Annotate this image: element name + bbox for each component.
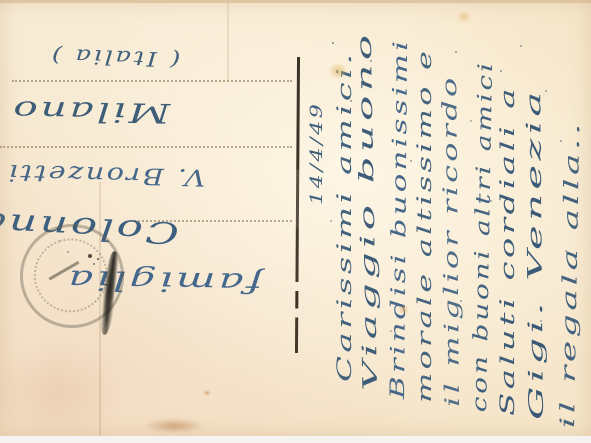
message-line: con buoni altri amici	[468, 60, 496, 412]
message-line: Brindisi buonissimi	[386, 38, 411, 399]
message-line: il miglior ricordo	[438, 75, 463, 407]
message-date: 14/4/49	[306, 102, 328, 205]
message-line: Gigi. Venezia	[522, 87, 547, 420]
message-side: 14/4/49 Carissimi amici. Viaggio buono B…	[0, 0, 591, 437]
scanned-postcard-back: { "scan": { "paper_color": "#f8ecd6", "i…	[0, 0, 591, 443]
ink-speckles	[332, 42, 334, 44]
postcard-top-edge	[0, 0, 591, 3]
message-line: Saluti cordiali a	[496, 85, 518, 416]
scan-background-edge	[0, 436, 591, 443]
message-line: Carissimi amici.	[333, 50, 355, 382]
postcard-scan: ( Italia ) Milano V. Bronzetti , 6 Colon…	[0, 0, 591, 437]
paper-crease	[99, 182, 101, 437]
message-line: il regala alla..	[556, 120, 583, 429]
message-line: morale altissimo e	[413, 48, 435, 403]
message-line: Viaggio buono	[353, 31, 381, 391]
paper-crease	[227, 0, 229, 82]
